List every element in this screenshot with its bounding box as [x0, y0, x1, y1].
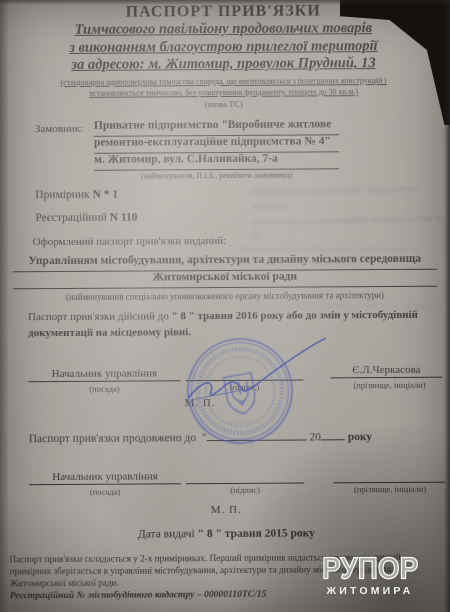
customer-label: Замовник: [35, 123, 83, 135]
document-page: ПАСПОРТ ПРИВ'ЯЗКИ Тимчасового павільйону… [0, 0, 450, 612]
blank-line [321, 428, 345, 440]
signature-line [186, 470, 304, 485]
document-subtitle: Тимчасового павільйону продовольчих това… [0, 20, 448, 40]
customer-details: Приватне підприємство "Виробниче житлове… [94, 118, 339, 170]
position-title: Начальник управління [28, 367, 180, 382]
position-caption: (посада) [29, 486, 181, 497]
note-caption: (назва ТС) [0, 98, 449, 112]
issued-by-label: Оформлений паспорт прив'язки виданий: [33, 235, 227, 248]
position-title: Начальник управління [29, 470, 181, 485]
customer-name-line: ремонтно-експлуатаційне підприємства № 4… [94, 135, 339, 153]
name-line [333, 469, 445, 484]
customer-name-line: Приватне підприємство "Виробниче житлове [94, 118, 339, 136]
position-caption: (посада) [28, 383, 180, 394]
watermark-title: РУПОР [322, 554, 418, 584]
customer-caption: (найменування, П.І.Б., реквізити замовни… [89, 170, 344, 181]
registration-number: Реєстраційний N 110 [35, 212, 137, 225]
name-caption: (прізвище, ініціали) [330, 380, 448, 391]
document-photo: Приватне підприємство "Виробниче житлове… [0, 0, 450, 612]
issue-date: Дата видачі " 8 " травня 2015 року [1, 527, 450, 542]
seal-place-mark: М. П. [1, 503, 450, 518]
issuing-authority: Житомирської міської ради [13, 270, 437, 290]
photo-edge-shadow [444, 0, 450, 612]
authority-caption: (найменування спеціально уповноваженого … [0, 290, 450, 303]
rupor-zhytomyra-watermark: РУПОР ЖИТОМИРА [322, 555, 418, 597]
photo-edge-shadow [0, 0, 9, 612]
customer-address-line: м. Житомир, вул. С.Наливайка, 7-а [94, 152, 339, 170]
signature-ink [178, 332, 333, 410]
photo-edge-shadow [0, 0, 450, 5]
name-caption: (прізвище, ініціали) [331, 484, 449, 495]
signatory-name: Є.Л.Черкасова [330, 364, 442, 379]
watermark-subtitle: ЖИТОМИРА [322, 586, 418, 597]
document-address-line: за адресою: м. Житомир, провулок Прудний… [0, 55, 449, 75]
signature-caption: (підпис) [186, 485, 304, 496]
copy-number: Примірник N * 1 [35, 189, 118, 202]
temporary-structure-note: (стаціонарна одноповерхова тимчасова спо… [0, 75, 449, 112]
